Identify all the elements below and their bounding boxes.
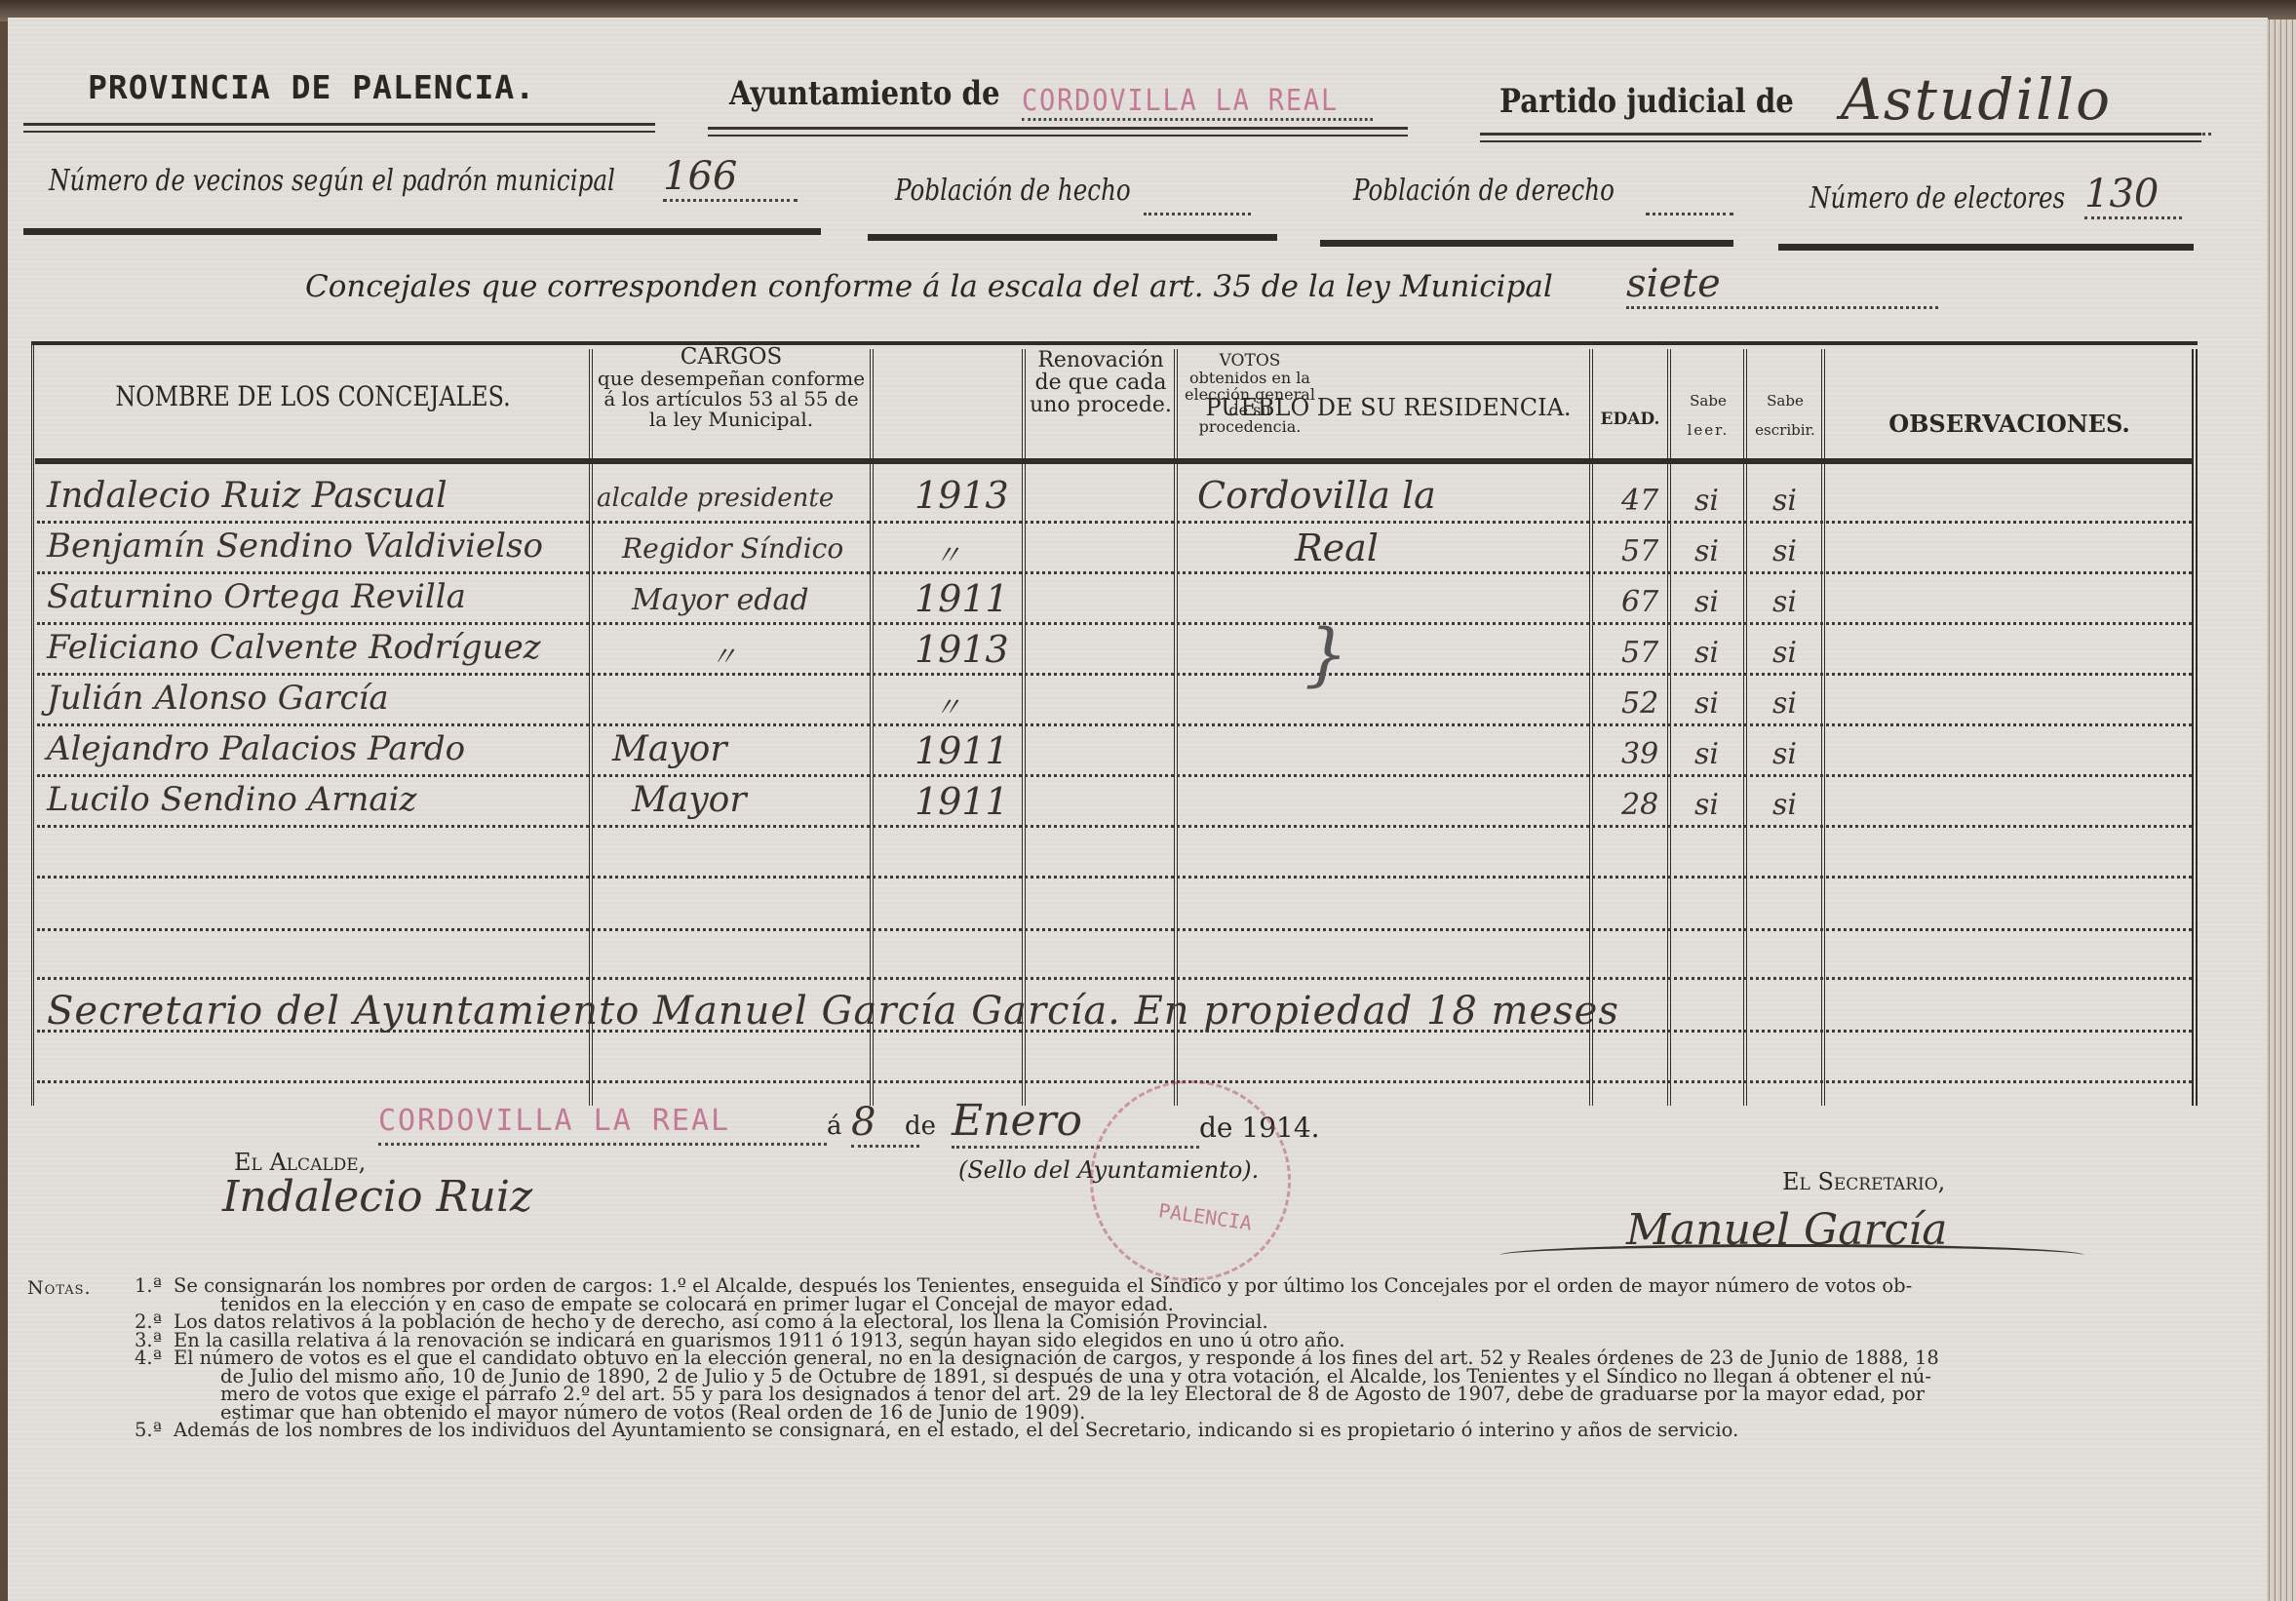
divider xyxy=(1320,240,1733,247)
row-6-nombre: Alejandro Palacios Pardo xyxy=(47,729,465,768)
ayuntamiento-label: Ayuntamiento de xyxy=(729,74,1000,113)
header-bottom-rule xyxy=(35,458,2192,464)
notes-section: Notas. 1.ª Se consignarán los nombres po… xyxy=(27,1277,2172,1440)
row-6-renovacion: 1911 xyxy=(915,729,1009,772)
row-6-leer: si xyxy=(1694,737,1719,771)
row-rule xyxy=(37,977,2192,980)
row-1-pueblo: Cordovilla la xyxy=(1197,474,1436,517)
footer-de: de xyxy=(905,1112,936,1141)
header-pueblo: PUEBLO DE SU RESIDENCIA. xyxy=(1187,396,1589,420)
secretario-label: El Secretario, xyxy=(1782,1168,1945,1195)
vecinos-value: 166 xyxy=(663,154,798,202)
row-2-pueblo: Real xyxy=(1295,527,1379,569)
page-edges xyxy=(2267,20,2296,1601)
footer-place-stamp: CORDOVILLA LA REAL xyxy=(378,1104,827,1146)
row-5-nombre: Julián Alonso García xyxy=(47,679,389,718)
ditto-brace: } xyxy=(1304,614,1348,694)
header-leer: Sabe leer. xyxy=(1671,394,1745,439)
row-2-edad: 57 xyxy=(1621,534,1658,568)
row-2-nombre: Benjamín Sendino Valdivielso xyxy=(47,527,543,566)
row-1-renovacion: 1913 xyxy=(915,474,1009,517)
note-1: 1.ª Se consignarán los nombres por orden… xyxy=(27,1277,2172,1313)
divider xyxy=(1778,244,2194,251)
row-5-escribir: si xyxy=(1772,686,1797,721)
row-7-nombre: Lucilo Sendino Arnaiz xyxy=(47,780,416,819)
row-4-nombre: Feliciano Calvente Rodríguez xyxy=(47,628,541,667)
partido-judicial-value: Astudillo xyxy=(1841,66,2211,136)
electores-label: Número de electores xyxy=(1810,181,2065,215)
footer-a: á xyxy=(827,1112,842,1141)
header-escribir: Sabe escribir. xyxy=(1747,394,1823,439)
header-cargos-title: CARGOS xyxy=(593,345,870,369)
divider xyxy=(1480,133,2201,142)
row-2-renovacion: 〃 xyxy=(934,534,961,573)
row-6-edad: 39 xyxy=(1621,737,1658,771)
signature-flourish xyxy=(1499,1244,2084,1267)
header-renovacion: Renovación de que cada uno procede. xyxy=(1028,349,1174,416)
header-leer-2: leer. xyxy=(1671,423,1745,439)
row-3-nombre: Saturnino Ortega Revilla xyxy=(47,577,466,616)
alcalde-signature: Indalecio Ruiz xyxy=(222,1172,532,1222)
row-6-escribir: si xyxy=(1772,737,1797,771)
row-3-renovacion: 1911 xyxy=(915,577,1009,620)
row-6-cargo: Mayor xyxy=(612,729,727,769)
row-3-leer: si xyxy=(1694,585,1719,619)
poblacion-hecho-value xyxy=(1144,193,1251,215)
row-4-edad: 57 xyxy=(1621,636,1658,670)
header-escribir-1: Sabe xyxy=(1747,394,1823,410)
poblacion-hecho-label: Población de hecho xyxy=(895,174,1131,208)
row-3-edad: 67 xyxy=(1621,585,1658,619)
table-right-border xyxy=(2192,349,2198,1106)
row-5-renovacion: 〃 xyxy=(934,686,961,725)
row-rule xyxy=(37,622,2192,625)
provincia-title: PROVINCIA DE PALENCIA. xyxy=(88,68,535,106)
row-2-escribir: si xyxy=(1772,534,1797,568)
row-1-edad: 47 xyxy=(1621,484,1658,518)
row-rule xyxy=(37,521,2192,524)
note-1-num: 1.ª xyxy=(135,1277,162,1296)
row-7-edad: 28 xyxy=(1621,788,1658,822)
poblacion-derecho-label: Población de derecho xyxy=(1353,174,1615,208)
row-rule xyxy=(37,928,2192,931)
row-1-cargo: alcalde presidente xyxy=(597,484,834,513)
row-rule xyxy=(37,774,2192,777)
document-page: PROVINCIA DE PALENCIA. Ayuntamiento de C… xyxy=(8,18,2268,1601)
header-nombre: NOMBRE DE LOS CONCEJALES. xyxy=(78,382,547,410)
note-5-num: 5.ª xyxy=(135,1422,162,1440)
electores-value: 130 xyxy=(2084,172,2182,219)
row-3-escribir: si xyxy=(1772,585,1797,619)
partido-judicial-label: Partido judicial de xyxy=(1499,82,1794,121)
row-rule xyxy=(37,825,2192,828)
row-1-nombre: Indalecio Ruiz Pascual xyxy=(47,476,448,516)
divider xyxy=(868,234,1277,241)
concejales-label: Concejales que corresponden conforme á l… xyxy=(305,269,1553,304)
row-rule xyxy=(37,571,2192,574)
vecinos-label: Número de vecinos según el padrón munici… xyxy=(49,164,615,198)
note-4: 4.ª El número de votos es el que el cand… xyxy=(27,1349,2172,1422)
note-4-num: 4.ª xyxy=(135,1349,162,1368)
note-5-text: Además de los nombres de los individuos … xyxy=(174,1419,1738,1441)
header-edad: EDAD. xyxy=(1591,411,1669,429)
ayuntamiento-stamp: CORDOVILLA LA REAL xyxy=(1022,84,1373,121)
row-7-escribir: si xyxy=(1772,788,1797,822)
header-cargos-sub: que desempeñan conforme á los artículos … xyxy=(593,369,870,430)
row-7-renovacion: 1911 xyxy=(915,780,1009,823)
row-rule xyxy=(37,673,2192,676)
row-4-escribir: si xyxy=(1772,636,1797,670)
divider xyxy=(708,127,1408,137)
header-escribir-2: escribir. xyxy=(1747,423,1823,439)
row-4-leer: si xyxy=(1694,636,1719,670)
header-cargos: CARGOS que desempeñan conforme á los art… xyxy=(593,345,870,430)
secretario-row: Secretario del Ayuntamiento Manuel Garcí… xyxy=(47,989,1619,1034)
divider xyxy=(23,228,821,235)
row-rule xyxy=(37,723,2192,726)
header-observaciones: OBSERVACIONES. xyxy=(1827,411,2192,436)
municipal-seal xyxy=(1090,1080,1291,1281)
note-5: 5.ª Además de los nombres de los individ… xyxy=(27,1422,2172,1440)
row-3-cargo: Mayor edad xyxy=(632,583,809,617)
row-rule xyxy=(37,1080,2192,1083)
row-4-cargo: 〃 xyxy=(710,636,737,675)
row-4-renovacion: 1913 xyxy=(915,628,1009,671)
row-2-leer: si xyxy=(1694,534,1719,568)
poblacion-derecho-value xyxy=(1646,193,1733,215)
row-2-cargo: Regidor Síndico xyxy=(622,532,843,565)
row-rule xyxy=(37,876,2192,879)
row-1-escribir: si xyxy=(1772,484,1797,518)
row-5-leer: si xyxy=(1694,686,1719,721)
note-4-cont: de Julio del mismo año, 10 de Junio de 1… xyxy=(174,1368,2172,1423)
row-7-leer: si xyxy=(1694,788,1719,822)
header-leer-1: Sabe xyxy=(1671,394,1745,410)
row-5-edad: 52 xyxy=(1621,686,1658,721)
row-7-cargo: Mayor xyxy=(632,780,747,820)
divider xyxy=(23,123,655,133)
concejales-value: siete xyxy=(1626,261,1938,309)
row-1-leer: si xyxy=(1694,484,1719,518)
